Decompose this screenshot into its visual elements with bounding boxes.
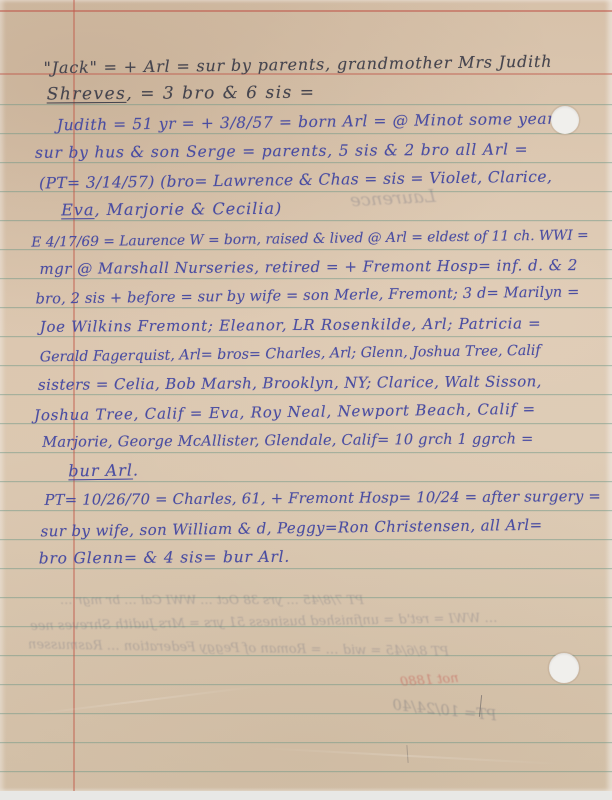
note-line: PT= 10/26/70 = Charles, 61, + Fremont Ho… (44, 485, 601, 513)
note-line-text: , Marjorie & Cecilia) (94, 199, 282, 219)
note-line: sur by hus & son Serge = parents, 5 sis … (35, 137, 529, 164)
note-line: bro Glenn= & 4 sis= bur Arl. (39, 545, 291, 571)
note-line-text: Judith = 51 yr = + 3/8/57 = born Arl = @… (57, 110, 564, 135)
note-line: sisters = Celia, Bob Marsh, Brooklyn, NY… (38, 369, 542, 397)
note-line: Judith = 51 yr = + 3/8/57 = born Arl = @… (57, 107, 564, 138)
note-line: mgr @ Marshall Nurseries, retired = + Fr… (39, 253, 578, 281)
note-line-text: (PT= 3/14/57) (bro= Lawrence & Chas = si… (39, 168, 552, 193)
underlined-word: Eva (61, 200, 94, 219)
note-line-text: sisters = Celia, Bob Marsh, Brooklyn, NY… (38, 372, 542, 394)
note-line-text: bro, 2 sis + before = sur by wife = son … (35, 284, 579, 307)
note-line-text: Marjorie, George McAllister, Glendale, C… (42, 430, 533, 450)
handwriting-layer: "Jack" = + Arl = sur by parents, grandmo… (0, 0, 612, 791)
note-line-text: Gerald Fagerquist, Arl= bros= Charles, A… (40, 343, 541, 366)
paper-sheet: Laurence PT 7/8/45 … yrs 38 Oct … WWI Ca… (0, 0, 612, 791)
hole-punch (549, 653, 579, 683)
note-line: E 4/17/69 = Laurence W = born, raised & … (31, 223, 589, 254)
note-line-text: , = 3 bro & 6 sis = (126, 83, 315, 104)
note-line-text: Joe Wilkins Fremont; Eleanor, LR Rosenki… (40, 314, 542, 336)
scanned-note-page: Laurence PT 7/8/45 … yrs 38 Oct … WWI Ca… (0, 0, 612, 800)
note-line-text: "Jack" = + Arl = sur by parents, grandmo… (43, 52, 552, 78)
scanner-background (0, 791, 612, 800)
note-line: Eva, Marjorie & Cecilia) (61, 197, 282, 223)
note-line: sur by wife, son William & d, Peggy=Ron … (40, 513, 542, 544)
note-line-text: sur by hus & son Serge = parents, 5 sis … (35, 140, 529, 161)
note-line-text: mgr @ Marshall Nurseries, retired = + Fr… (39, 256, 578, 278)
note-line: "Jack" = + Arl = sur by parents, grandmo… (43, 50, 552, 81)
note-line: Shreves, = 3 bro & 6 sis = (47, 81, 316, 107)
note-line: Marjorie, George McAllister, Glendale, C… (42, 427, 533, 454)
underlined-word: bur Arl (68, 461, 133, 481)
note-line-text: PT= 10/26/70 = Charles, 61, + Fremont Ho… (44, 488, 601, 509)
note-line-text: . (133, 460, 139, 479)
note-line: bur Arl. (68, 458, 139, 483)
note-line: Joshua Tree, Calif = Eva, Roy Neal, Newp… (34, 397, 536, 428)
note-line-text: Joshua Tree, Calif = Eva, Roy Neal, Newp… (34, 400, 536, 425)
note-line-text: sur by wife, son William & d, Peggy=Ron … (40, 516, 542, 541)
note-line-text: bro Glenn= & 4 sis= bur Arl. (39, 548, 291, 568)
note-line: Joe Wilkins Fremont; Eleanor, LR Rosenki… (40, 311, 542, 339)
note-line: (PT= 3/14/57) (bro= Lawrence & Chas = si… (39, 165, 552, 196)
note-line: Gerald Fagerquist, Arl= bros= Charles, A… (40, 339, 541, 370)
underlined-word: Shreves (47, 84, 127, 105)
note-line-text: E 4/17/69 = Laurence W = born, raised & … (31, 227, 589, 250)
note-line: bro, 2 sis + before = sur by wife = son … (35, 280, 579, 311)
hole-punch (551, 106, 579, 134)
